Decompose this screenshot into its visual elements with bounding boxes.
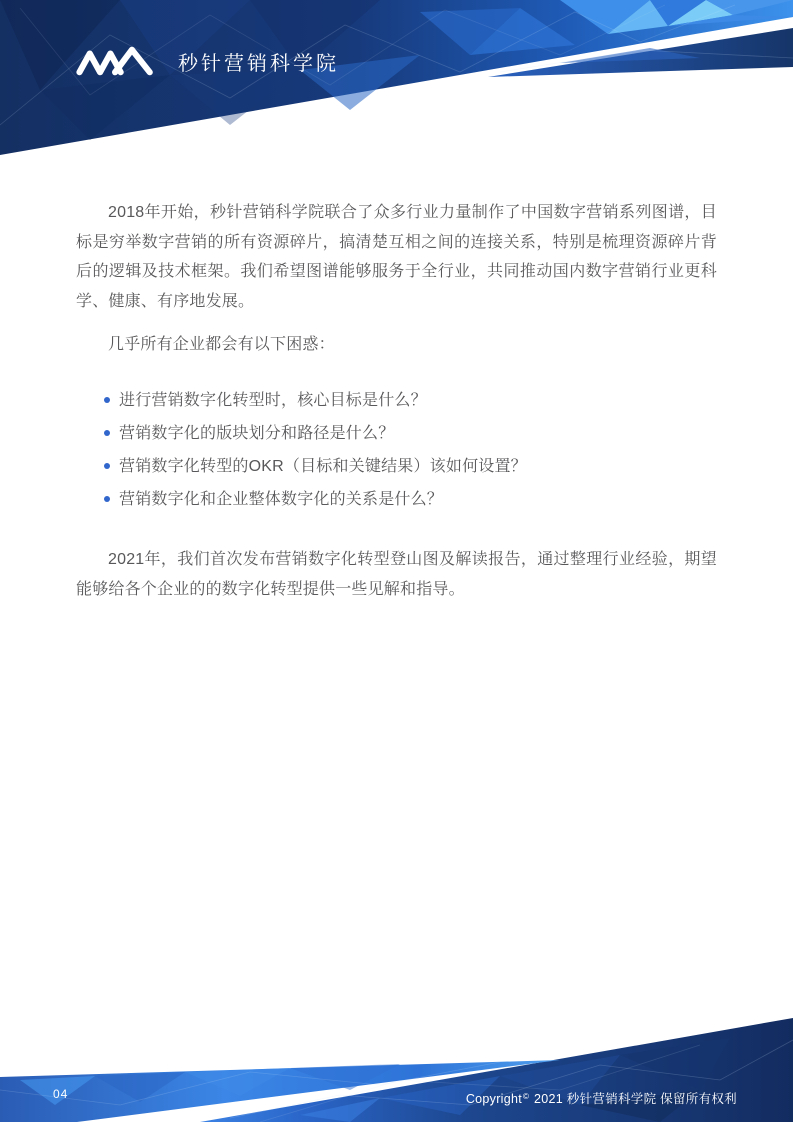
page-footer: 04 Copyright© 2021 秒针营销科学院 保留所有权利	[0, 1010, 793, 1122]
bullet-label: 营销数字化转型的OKR（目标和关键结果）该如何设置？	[119, 452, 717, 482]
copyright-prefix: Copyright	[466, 1092, 522, 1106]
bullet-dot-icon	[104, 430, 110, 436]
list-item: 营销数字化的版块划分和路径是什么？	[76, 419, 717, 449]
bullet-label: 进行营销数字化转型时，核心目标是什么？	[119, 386, 717, 416]
brand-title: 秒针营销科学院	[178, 47, 339, 76]
bullet-label: 营销数字化和企业整体数字化的关系是什么？	[119, 485, 717, 515]
copyright-rest: 2021 秒针营销科学院 保留所有权利	[534, 1092, 737, 1106]
miaozhen-logo-icon	[75, 46, 157, 76]
copyright-symbol: ©	[523, 1092, 529, 1101]
bullet-label: 营销数字化的版块划分和路径是什么？	[119, 419, 717, 449]
bullet-dot-icon	[104, 463, 110, 469]
page-content: 2018年开始，秒针营销科学院联合了众多行业力量制作了中国数字营销系列图谱，目标…	[76, 198, 717, 604]
list-item: 营销数字化转型的OKR（目标和关键结果）该如何设置？	[76, 452, 717, 482]
header-banner-graphic	[0, 0, 793, 170]
list-item: 营销数字化和企业整体数字化的关系是什么？	[76, 485, 717, 515]
copyright-text: Copyright© 2021 秒针营销科学院 保留所有权利	[466, 1089, 737, 1107]
page-header: 秒针营销科学院	[0, 0, 793, 200]
document-page: 秒针营销科学院 2018年开始，秒针营销科学院联合了众多行业力量制作了中国数字营…	[0, 0, 793, 1122]
paragraph-intro: 2018年开始，秒针营销科学院联合了众多行业力量制作了中国数字营销系列图谱，目标…	[76, 198, 717, 316]
bullet-dot-icon	[104, 397, 110, 403]
brand: 秒针营销科学院	[75, 44, 339, 78]
page-number: 04	[53, 1087, 68, 1101]
list-item: 进行营销数字化转型时，核心目标是什么？	[76, 386, 717, 416]
question-list: 进行营销数字化转型时，核心目标是什么？ 营销数字化的版块划分和路径是什么？ 营销…	[76, 386, 717, 515]
paragraph-closing: 2021年，我们首次发布营销数字化转型登山图及解读报告，通过整理行业经验，期望能…	[76, 545, 717, 604]
bullet-dot-icon	[104, 496, 110, 502]
paragraph-question-lead: 几乎所有企业都会有以下困惑：	[76, 330, 717, 360]
